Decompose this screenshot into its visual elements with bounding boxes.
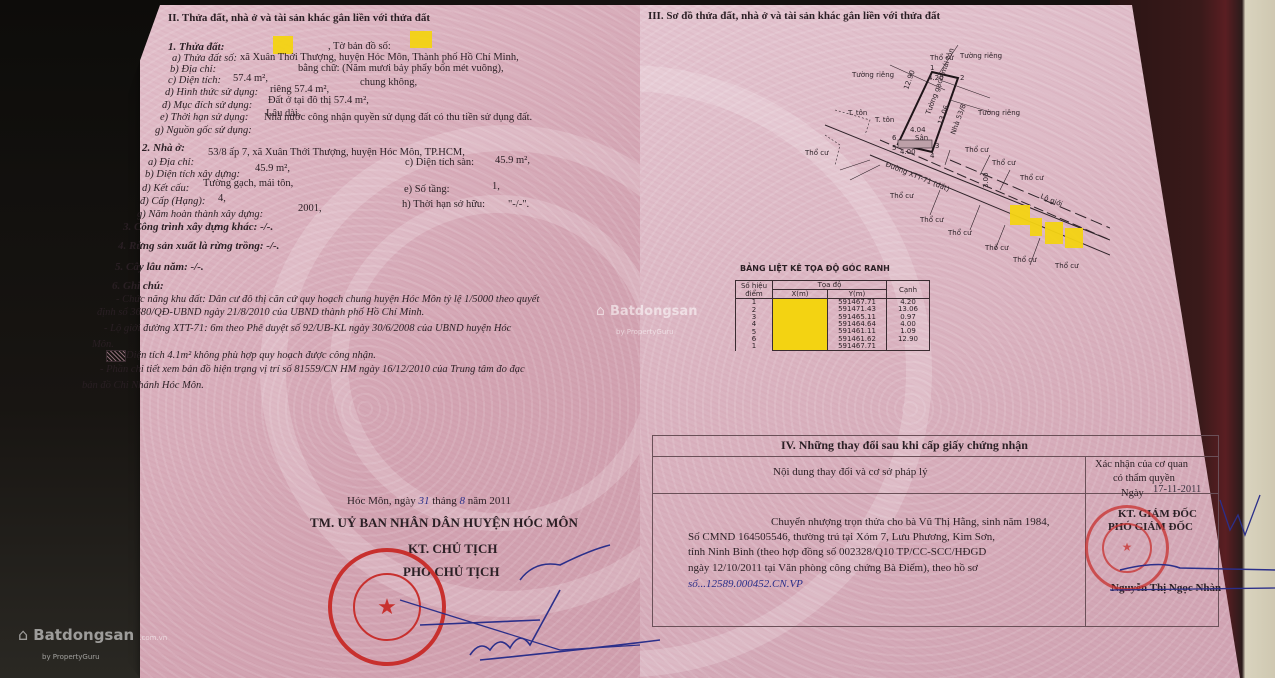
watermark-sub: by PropertyGuru: [42, 653, 100, 661]
dim-right: 13.06: [936, 104, 951, 126]
label-tho-cu: Thổ cư: [919, 215, 944, 224]
side-label: Nhà 53/8: [949, 103, 967, 136]
col-edge: Cạnh: [887, 281, 930, 299]
signature-left: [360, 540, 660, 670]
other-works: 3. Công trình xây dựng khác: -/-.: [123, 221, 273, 233]
watermark-brand: Batdongsan: [33, 626, 134, 644]
origin-value: Nhà nước công nhận quyền sử dụng đất có …: [264, 112, 532, 124]
change-entry-line: ngày 12/10/2011 tại Văn phòng công chứng…: [688, 562, 978, 574]
ownership-term-value: "-/-".: [508, 199, 529, 211]
term-label: e) Thời hạn sử dụng:: [160, 112, 248, 124]
watermark-house-icon: ⌂: [596, 303, 605, 319]
label-tho-cu: Thổ cư: [889, 191, 914, 200]
coord-table-title: BẢNG LIỆT KÊ TỌA ĐỘ GÓC RANH: [740, 265, 890, 274]
dim-setback: 3.00: [982, 172, 990, 188]
point-4: 4: [930, 152, 935, 160]
grade-label: đ) Cấp (Hạng):: [140, 196, 205, 208]
note-line: Diện tích 4.1m² không phù hợp quy hoạch …: [126, 350, 376, 362]
change-entry-line: số...12589.000452.CN.VP: [688, 578, 803, 590]
label-lo-gioi: Lộ giới: [1039, 192, 1063, 208]
non-compliant-area-hatch-icon: [106, 350, 126, 362]
label-t-ton: T. tôn: [874, 116, 894, 124]
usage-form-label: d) Hình thức sử dụng:: [165, 87, 258, 99]
watermark: ⌂ Batdongsan .com.vn by PropertyGuru: [18, 625, 167, 663]
label-tho-cu: Thổ cư: [991, 158, 1016, 167]
house-heading: 2. Nhà ở:: [142, 142, 185, 154]
date-month: 8: [459, 495, 465, 507]
redacted-x-coords: [773, 299, 828, 351]
label-tho-cu: Thổ cư: [947, 228, 972, 237]
label-san: Sân: [915, 134, 928, 142]
year-label: g) Năm hoàn thành xây dựng:: [137, 209, 263, 221]
perennial: 5. Cây lâu năm: -/-.: [115, 261, 204, 273]
date-day: 31: [419, 495, 430, 507]
label-tuong-rieng: Tường riêng: [977, 109, 1020, 117]
signature-right: [1100, 480, 1275, 610]
issuing-org: TM. UỶ BAN NHÂN DÂN HUYỆN HÓC MÔN: [310, 516, 578, 530]
year-value: 2001,: [298, 203, 322, 215]
point-6: 6: [892, 134, 897, 142]
floor-area-label: c) Diện tích sàn:: [405, 157, 474, 169]
build-area-value: 45.9 m²,: [255, 163, 290, 175]
table-row: 1234561 591467.71591471.43591465.1159146…: [736, 299, 930, 351]
watermark-domain: .com.vn: [139, 634, 167, 642]
note-line: định số 3680/QĐ-UBND ngày 21/8/2010 của …: [97, 307, 424, 319]
label-tho-cu: Thổ cư: [984, 243, 1009, 252]
col-x: X(m): [773, 290, 828, 299]
parcel-diagram: Thổ cư Tường riêng Tường riêng Tường riê…: [780, 40, 1110, 280]
label-tuong-rieng: Tường riêng: [851, 71, 894, 79]
purpose-label: đ) Mục đích sử dụng:: [162, 100, 252, 112]
redacted-diagram-label: [1045, 222, 1063, 244]
dim-mid: 4.04: [910, 126, 926, 134]
origin-label: g) Nguồn gốc sử dụng:: [155, 125, 252, 137]
note-line: - Chức năng khu đất: Dân cư đô thị căn c…: [116, 294, 539, 306]
label-road: Đường XTT-71 (đất): [884, 160, 951, 193]
col-point: Số hiệu điểm: [736, 281, 773, 299]
label-tho-cu: Thổ cư: [1019, 173, 1044, 182]
land-address-value: xã Xuân Thới Thượng, huyện Hóc Môn, Thàn…: [240, 52, 519, 64]
land-heading: 1. Thửa đất:: [168, 41, 224, 53]
structure-label: d) Kết cấu:: [142, 183, 189, 195]
watermark-center: ⌂ Batdongsan by PropertyGuru: [596, 300, 697, 338]
watermark-brand: Batdongsan: [610, 304, 697, 319]
label-tuong-rieng: Tường riêng: [959, 52, 1002, 60]
redacted-diagram-label: [1030, 218, 1042, 236]
land-area-label: c) Diện tích:: [168, 75, 221, 87]
note-line: - Phần chi tiết xem bản đồ hiện trạng vị…: [100, 364, 525, 376]
forest: 4. Rừng sản xuất là rừng trồng: -/-.: [118, 240, 279, 252]
coord-table: Số hiệu điểm Tọa độ Cạnh X(m) Y(m) 12345…: [735, 280, 930, 351]
floors-value: 1,: [492, 181, 500, 193]
change-entry-line: tỉnh Ninh Bình (theo hợp đồng số 002328/…: [688, 546, 986, 558]
section-iii-title: III. Sơ đồ thửa đất, nhà ở và tài sản kh…: [648, 10, 940, 22]
label-tho-cu: Thổ cư: [1012, 255, 1037, 264]
redacted-diagram-label: [1065, 228, 1083, 248]
land-area-value: 57.4 m²,: [233, 73, 268, 85]
watermark-sub: by PropertyGuru: [616, 328, 674, 336]
redacted-diagram-label: [1010, 205, 1030, 225]
section-ii-title: II. Thửa đất, nhà ở và tài sản khác gắn …: [168, 12, 430, 24]
land-area-words: bằng chữ: (Năm mươi bảy phẩy bốn mét vuô…: [298, 63, 504, 75]
label-tho-cu: Thổ cư: [1054, 261, 1079, 270]
purpose-value: Đất ở tại đô thị 57.4 m²,: [268, 95, 369, 107]
point-1: 1: [930, 64, 934, 72]
note-line: - Lộ giới đường XTT-71: 6m theo Phê duyệ…: [104, 323, 511, 335]
year-label: năm 2011: [468, 495, 511, 507]
floors-label: e) Số tầng:: [404, 184, 450, 196]
land-address-label: b) Địa chỉ:: [170, 64, 216, 76]
changes-title: IV. Những thay đổi sau khi cấp giấy chứn…: [781, 439, 1028, 452]
date-line: Hóc Môn, ngày 31 tháng 8 năm 2011: [347, 495, 511, 507]
col-confirm-header-1: Xác nhận của cơ quan: [1095, 459, 1188, 471]
ownership-term-label: h) Thời hạn sở hữu:: [402, 199, 485, 211]
map-sheet-label: , Tờ bản đồ số:: [328, 41, 391, 53]
changes-title-row: IV. Những thay đổi sau khi cấp giấy chứn…: [653, 436, 1218, 457]
col-coords: Tọa độ: [773, 281, 887, 290]
label-tho-cu: Thổ cư: [964, 145, 989, 154]
usage-form-shared: chung không,: [360, 77, 417, 89]
dim-bottom: 4.00: [900, 148, 916, 156]
watermark-house-icon: ⌂: [18, 625, 28, 644]
date-prefix: Hóc Môn, ngày: [347, 495, 416, 507]
structure-value: Tường gạch, mái tôn,: [203, 178, 293, 190]
note-line: Môn.: [92, 339, 114, 351]
point-5: 5: [892, 144, 896, 152]
label-t-ton: T. tôn: [847, 109, 867, 117]
change-entry-line: Số CMND 164505546, thường trú tại Xóm 7,…: [688, 531, 995, 543]
notes-heading: 6. Ghi chú:: [112, 280, 164, 292]
change-entry-line: Chuyển nhượng trọn thửa cho bà Vũ Thị Hằ…: [771, 516, 1050, 528]
house-address-label: a) Địa chỉ:: [148, 157, 194, 169]
parcel-label: a) Thửa đất số:: [172, 53, 237, 65]
grade-value: 4,: [218, 193, 226, 205]
label-tho-cu: Thổ cư: [804, 148, 829, 157]
point-3: 3: [935, 142, 939, 150]
point-2: 2: [960, 74, 964, 82]
usage-form-value: riêng 57.4 m²,: [270, 84, 329, 96]
redacted-map-number: [410, 31, 432, 48]
dim-left: 12.90: [902, 69, 916, 91]
col-content-header: Nội dung thay đổi và cơ sở pháp lý: [773, 466, 928, 478]
month-label: tháng: [432, 495, 456, 507]
note-line: bản đồ Chi Nhánh Hóc Môn.: [82, 380, 204, 392]
floor-area-value: 45.9 m²,: [495, 155, 530, 167]
